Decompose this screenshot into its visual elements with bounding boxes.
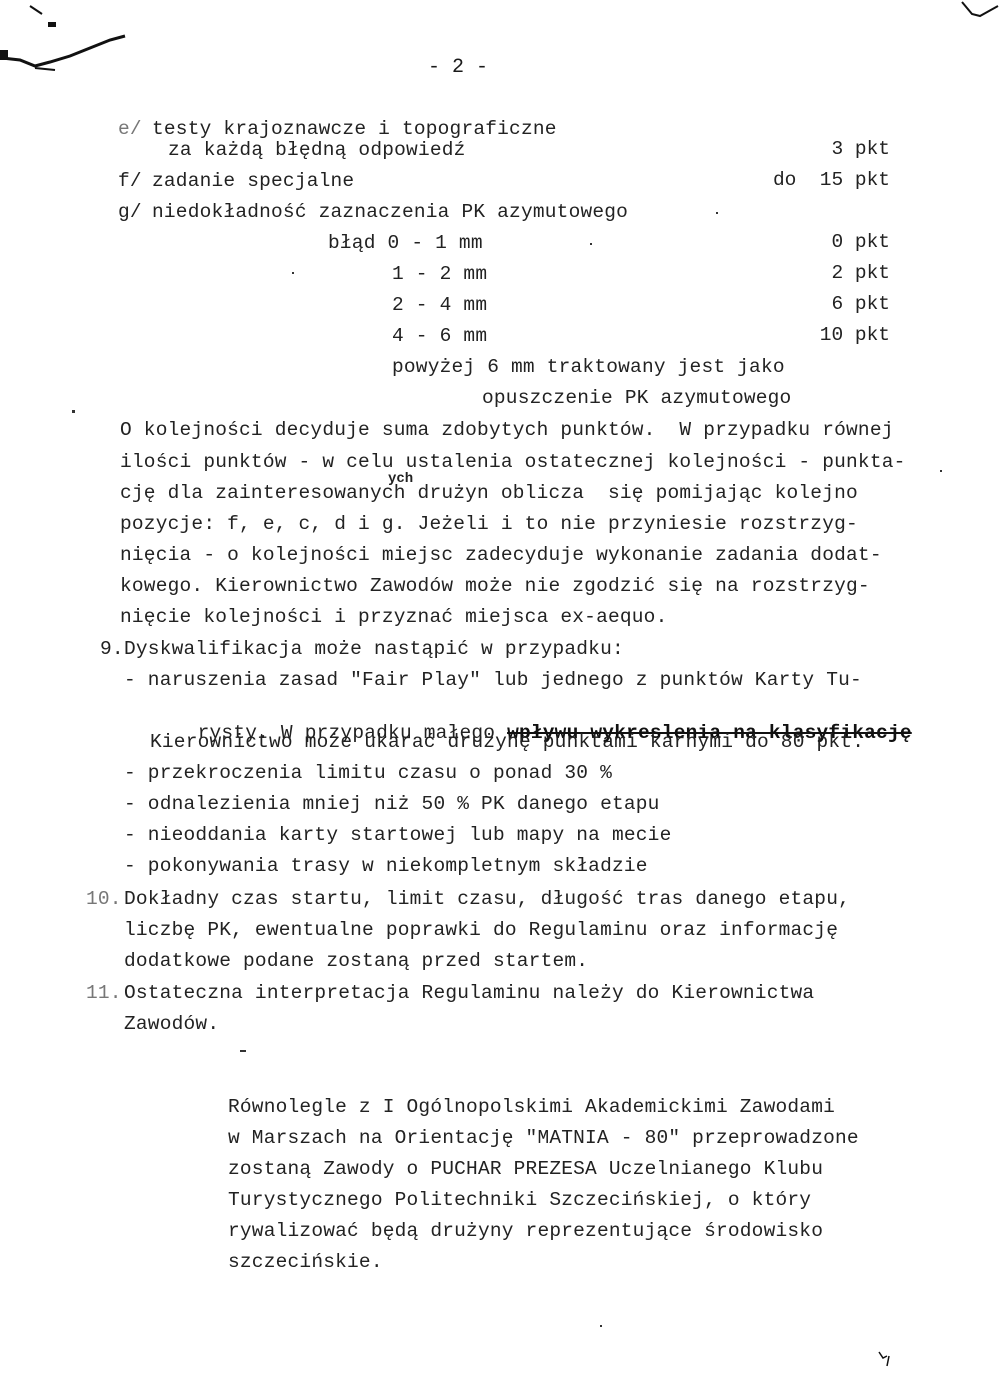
scan-speck: [240, 1050, 246, 1052]
closing-paragraph-line: szczecińskie.: [228, 1251, 383, 1273]
corner-mark-bottom-right: [875, 1350, 895, 1375]
corner-scribble-top-right: [950, 0, 1000, 25]
section-11-line: Ostateczna interpretacja Regulaminu nale…: [124, 982, 814, 1004]
error-row-points: 6 pkt: [831, 293, 890, 315]
order-paragraph-line: cję dla zainteresowanych drużyn oblicza …: [120, 482, 858, 504]
section-9-number: 9.: [100, 638, 124, 660]
error-row-points: 2 pkt: [831, 262, 890, 284]
item-e-text-2: za każdą błędną odpowiedź: [168, 139, 466, 161]
closing-paragraph-line: zostaną Zawody o PUCHAR PREZESA Uczelnia…: [228, 1158, 823, 1180]
disqualification-item: Kierownictwo może ukarać drużynę punktam…: [150, 731, 864, 753]
order-paragraph-line: ilości punktów - w celu ustalenia ostate…: [120, 451, 906, 473]
order-paragraph-line: pozycje: f, e, c, d i g. Jeżeli i to nie…: [120, 513, 858, 535]
section-11-number: 11.: [86, 982, 122, 1004]
disqualification-item: - nieoddania karty startowej lub mapy na…: [124, 824, 672, 846]
section-10-number: 10.: [86, 888, 122, 910]
closing-paragraph-line: w Marszach na Orientację "MATNIA - 80" p…: [228, 1127, 859, 1149]
error-row-label: 2 - 4 mm: [392, 294, 487, 316]
item-f-points: do 15 pkt: [773, 169, 890, 191]
error-row-points: 0 pkt: [831, 231, 890, 253]
section-10-line: liczbę PK, ewentualne poprawki do Regula…: [124, 919, 838, 941]
scan-speck: [716, 212, 718, 214]
order-paragraph-line: O kolejności decyduje suma zdobytych pun…: [120, 419, 894, 441]
scan-speck: [600, 1325, 602, 1327]
order-paragraph-line: nięcia - o kolejności miejsc zadecyduje …: [120, 544, 882, 566]
disqualification-item: - naruszenia zasad "Fair Play" lub jedne…: [124, 669, 862, 691]
item-marker-f: f/: [118, 170, 142, 192]
document-page: - 2 - e/ testy krajoznawcze i topografic…: [0, 0, 1000, 1393]
order-paragraph-line: nięcie kolejności i przyznać miejsca ex-…: [120, 606, 668, 628]
error-row-points: 10 pkt: [820, 324, 890, 346]
item-e-text: testy krajoznawcze i topograficzne: [152, 118, 557, 140]
corner-scribble-top-left: [0, 0, 140, 110]
scan-speck: [72, 410, 75, 413]
section-10-line: Dokładny czas startu, limit czasu, długo…: [124, 888, 850, 910]
error-row-label: 1 - 2 mm: [392, 263, 487, 285]
section-10-line: dodatkowe podane zostaną przed startem.: [124, 950, 588, 972]
scan-speck: [940, 470, 942, 472]
closing-paragraph-line: Równolegle z I Ogólnopolskimi Akademicki…: [228, 1096, 835, 1118]
error-row-label: 4 - 6 mm: [392, 325, 487, 347]
item-f-text: zadanie specjalne: [152, 170, 354, 192]
order-paragraph-line: kowego. Kierownictwo Zawodów może nie zg…: [120, 575, 870, 597]
closing-paragraph-line: Turystycznego Politechniki Szczecińskiej…: [228, 1189, 811, 1211]
item-g-note-2: opuszczenie PK azymutowego: [482, 387, 791, 409]
page-number: - 2 -: [428, 56, 488, 79]
disqualification-item: - pokonywania trasy w niekompletnym skła…: [124, 855, 648, 877]
disqualification-item: - przekroczenia limitu czasu o ponad 30 …: [124, 762, 612, 784]
item-e-points: 3 pkt: [831, 138, 890, 160]
section-11-line: Zawodów.: [124, 1013, 219, 1035]
section-9-title: Dyskwalifikacja może nastąpić w przypadk…: [124, 638, 624, 660]
item-marker-g: g/: [118, 201, 142, 223]
disqualification-item: - odnalezienia mniej niż 50 % PK danego …: [124, 793, 660, 815]
closing-paragraph-line: rywalizować będą drużyny reprezentujące …: [228, 1220, 823, 1242]
item-g-text: niedokładność zaznaczenia PK azymutowego: [152, 201, 628, 223]
error-row-label: błąd 0 - 1 mm: [328, 232, 483, 254]
item-marker-e: e/: [118, 118, 142, 140]
scan-speck: [292, 272, 294, 274]
scan-speck: [590, 243, 592, 245]
item-g-note: powyżej 6 mm traktowany jest jako: [392, 356, 785, 378]
